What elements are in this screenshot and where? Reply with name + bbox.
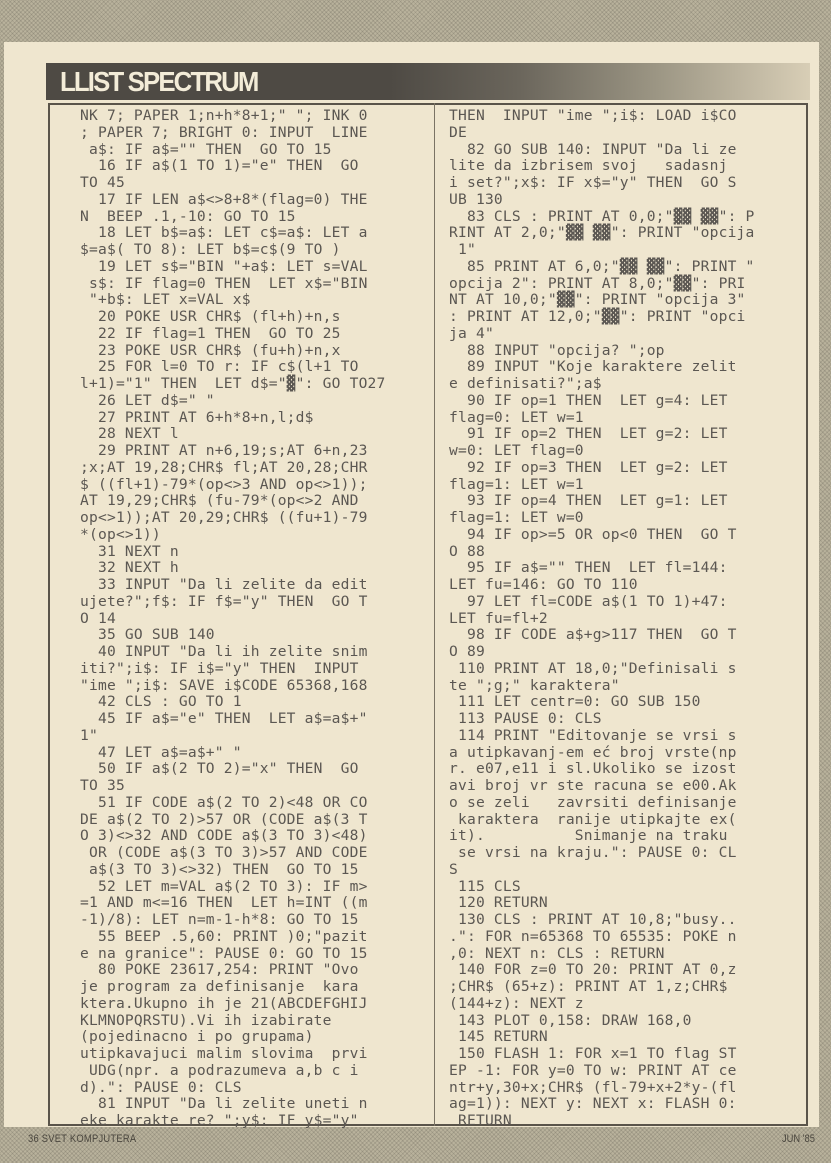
code-line: ,0: NEXT n: CLS : RETURN <box>449 946 755 963</box>
code-line: 1" <box>80 728 386 745</box>
code-line: THEN INPUT "ime ";i$: LOAD i$CO <box>449 108 755 125</box>
code-line: O 3)<>32 AND CODE a$(3 TO 3)<48) <box>80 828 386 845</box>
code-line: 32 NEXT h <box>80 560 386 577</box>
code-line: 95 IF a$="" THEN LET fl=144: <box>449 560 755 577</box>
code-line: LET fu=fl+2 <box>449 611 755 628</box>
code-line: (144+z): NEXT z <box>449 996 755 1013</box>
code-line: ; PAPER 7; BRIGHT 0: INPUT LINE <box>80 125 386 142</box>
code-line: 114 PRINT "Editovanje se vrsi s <box>449 728 755 745</box>
code-line: flag=1: LET w=0 <box>449 510 755 527</box>
code-line: O 14 <box>80 611 386 628</box>
code-line: 51 IF CODE a$(2 TO 2)<48 OR CO <box>80 795 386 812</box>
code-line: OR (CODE a$(3 TO 3)>57 AND CODE <box>80 845 386 862</box>
code-line: -1)/8): LET n=m-1-h*8: GO TO 15 <box>80 912 386 929</box>
code-line: 45 IF a$="e" THEN LET a$=a$+" <box>80 711 386 728</box>
code-line: 31 NEXT n <box>80 544 386 561</box>
code-line: 18 LET b$=a$: LET c$=a$: LET a <box>80 225 386 242</box>
code-line: 110 PRINT AT 18,0;"Definisali s <box>449 661 755 678</box>
code-line: S <box>449 862 755 879</box>
code-line: 89 INPUT "Koje karaktere zelit <box>449 359 755 376</box>
code-line: 20 POKE USR CHR$ (fl+h)+n,s <box>80 309 386 326</box>
code-line: opcija 2": PRINT AT 8,0;"▓▓": PRI <box>449 276 755 293</box>
code-line: ja 4" <box>449 326 755 343</box>
code-line: TO 45 <box>80 175 386 192</box>
code-line: 82 GO SUB 140: INPUT "Da li ze <box>449 142 755 159</box>
code-line: ;x;AT 19,28;CHR$ fl;AT 20,28;CHR <box>80 460 386 477</box>
code-line: 27 PRINT AT 6+h*8+n,l;d$ <box>80 410 386 427</box>
code-line: je program za definisanje kara <box>80 979 386 996</box>
code-line: 130 CLS : PRINT AT 10,8;"busy.. <box>449 912 755 929</box>
code-line: =1 AND m<=16 THEN LET h=INT ((m <box>80 895 386 912</box>
code-line: l+1)="1" THEN LET d$="▓": GO TO27 <box>80 376 386 393</box>
code-line: r. e07,e11 i sl.Ukoliko se izost <box>449 761 755 778</box>
code-line: 47 LET a$=a$+" " <box>80 745 386 762</box>
code-line: 150 FLASH 1: FOR x=1 TO flag ST <box>449 1046 755 1063</box>
code-line: 29 PRINT AT n+6,19;s;AT 6+n,23 <box>80 443 386 460</box>
code-line: 17 IF LEN a$<>8+8*(flag=0) THE <box>80 192 386 209</box>
code-line: 35 GO SUB 140 <box>80 627 386 644</box>
code-line: "+b$: LET x=VAL x$ <box>80 292 386 309</box>
listing-left-column: NK 7; PAPER 1;n+h*8+1;" "; INK 0; PAPER … <box>80 108 386 1130</box>
code-line: .": FOR n=65368 TO 65535: POKE n <box>449 929 755 946</box>
code-line: i set?";x$: IF x$="y" THEN GO S <box>449 175 755 192</box>
code-line: it). Snimanje na traku <box>449 828 755 845</box>
code-line: op<>1));AT 20,29;CHR$ ((fu+1)-79 <box>80 510 386 527</box>
code-line: 91 IF op=2 THEN LET g=2: LET <box>449 426 755 443</box>
code-line: 145 RETURN <box>449 1029 755 1046</box>
code-line: utipkavajuci malim slovima prvi <box>80 1046 386 1063</box>
footer-page-magazine: 36 SVET KOMPJUTERA <box>28 1133 136 1145</box>
code-line: 94 IF op>=5 OR op<0 THEN GO T <box>449 527 755 544</box>
code-line: ;CHR$ (65+z): PRINT AT 1,z;CHR$ <box>449 979 755 996</box>
code-line: NT AT 10,0;"▓▓": PRINT "opcija 3" <box>449 292 755 309</box>
listing-right-column: THEN INPUT "ime ";i$: LOAD i$CODE 82 GO … <box>449 108 755 1130</box>
code-line: EP -1: FOR y=0 TO w: PRINT AT ce <box>449 1063 755 1080</box>
code-line: LET fu=146: GO TO 110 <box>449 577 755 594</box>
code-line: 140 FOR z=0 TO 20: PRINT AT 0,z <box>449 962 755 979</box>
code-line: (pojedinacno i po grupama) <box>80 1029 386 1046</box>
code-line: d).": PAUSE 0: CLS <box>80 1080 386 1097</box>
code-line: a$: IF a$="" THEN GO TO 15 <box>80 142 386 159</box>
code-line: $=a$( TO 8): LET b$=c$(9 TO ) <box>80 242 386 259</box>
code-line: iti?";i$: IF i$="y" THEN INPUT <box>80 661 386 678</box>
code-line: ktera.Ukupno ih je 21(ABCDEFGHIJ <box>80 996 386 1013</box>
code-line: RINT AT 2,0;"▓▓ ▓▓": PRINT "opcija <box>449 225 755 242</box>
code-line: 93 IF op=4 THEN LET g=1: LET <box>449 493 755 510</box>
code-line: avi broj vr ste racuna se e00.Ak <box>449 778 755 795</box>
code-line: a$(3 TO 3)<>32) THEN GO TO 15 <box>80 862 386 879</box>
code-line: ag=1)): NEXT y: NEXT x: FLASH 0: <box>449 1096 755 1113</box>
code-line: AT 19,29;CHR$ (fu-79*(op<>2 AND <box>80 493 386 510</box>
code-line: RETURN <box>449 1113 755 1130</box>
code-line: 83 CLS : PRINT AT 0,0;"▓▓ ▓▓": P <box>449 209 755 226</box>
code-line: NK 7; PAPER 1;n+h*8+1;" "; INK 0 <box>80 108 386 125</box>
code-line: e definisati?";a$ <box>449 376 755 393</box>
footer-issue-date: JUN '85 <box>782 1133 815 1145</box>
code-line: "ime ";i$: SAVE i$CODE 65368,168 <box>80 678 386 695</box>
code-line: 19 LET s$="BIN "+a$: LET s=VAL <box>80 259 386 276</box>
code-line: 33 INPUT "Da li zelite da edit <box>80 577 386 594</box>
code-line: O 88 <box>449 544 755 561</box>
code-line: 120 RETURN <box>449 895 755 912</box>
code-line: N BEEP .1,-10: GO TO 15 <box>80 209 386 226</box>
code-line: eke karakte re? ";y$: IF y$="y" <box>80 1113 386 1130</box>
code-line: 92 IF op=3 THEN LET g=2: LET <box>449 460 755 477</box>
code-line: ujete?";f$: IF f$="y" THEN GO T <box>80 594 386 611</box>
code-line: DE <box>449 125 755 142</box>
code-line: ntr+y,30+x;CHR$ (fl-79+x+2*y-(fl <box>449 1080 755 1097</box>
code-line: UDG(npr. a podrazumeva a,b c i <box>80 1063 386 1080</box>
code-line: 55 BEEP .5,60: PRINT )0;"pazit <box>80 929 386 946</box>
code-line: $ ((fl+1)-79*(op<>3 AND op<>1)); <box>80 477 386 494</box>
code-line: : PRINT AT 12,0;"▓▓": PRINT "opci <box>449 309 755 326</box>
code-line: 113 PAUSE 0: CLS <box>449 711 755 728</box>
code-line: 16 IF a$(1 TO 1)="e" THEN GO <box>80 158 386 175</box>
code-line: 115 CLS <box>449 879 755 896</box>
code-line: 90 IF op=1 THEN LET g=4: LET <box>449 393 755 410</box>
code-line: a utipkavanj-em eć broj vrste(np <box>449 745 755 762</box>
code-line: karaktera ranije utipkajte ex( <box>449 812 755 829</box>
code-line: o se zeli zavrsiti definisanje <box>449 795 755 812</box>
code-line: 23 POKE USR CHR$ (fu+h)+n,x <box>80 343 386 360</box>
code-line: 88 INPUT "opcija? ";op <box>449 343 755 360</box>
code-line: 85 PRINT AT 6,0;"▓▓ ▓▓": PRINT " <box>449 259 755 276</box>
code-line: 28 NEXT l <box>80 426 386 443</box>
code-line: KLMNOPQRSTU).Vi ih izabirate <box>80 1013 386 1030</box>
section-title: LLIST SPECTRUM <box>60 66 257 98</box>
code-line: w=0: LET flag=0 <box>449 443 755 460</box>
code-line: DE a$(2 TO 2)>57 OR (CODE a$(3 T <box>80 812 386 829</box>
code-line: O 89 <box>449 644 755 661</box>
code-line: 50 IF a$(2 TO 2)="x" THEN GO <box>80 761 386 778</box>
section-header: LLIST SPECTRUM <box>46 63 810 100</box>
code-line: te ";g;" karaktera" <box>449 678 755 695</box>
code-line: lite da izbrisem svoj sadasnj <box>449 158 755 175</box>
code-line: 81 INPUT "Da li zelite uneti n <box>80 1096 386 1113</box>
code-line: 25 FOR l=0 TO r: IF c$(l+1 TO <box>80 359 386 376</box>
code-line: UB 130 <box>449 192 755 209</box>
code-line: 98 IF CODE a$+g>117 THEN GO T <box>449 627 755 644</box>
code-line: 1" <box>449 242 755 259</box>
code-line: se vrsi na kraju.": PAUSE 0: CL <box>449 845 755 862</box>
code-line: 52 LET m=VAL a$(2 TO 3): IF m> <box>80 879 386 896</box>
code-line: TO 35 <box>80 778 386 795</box>
code-line: 26 LET d$=" " <box>80 393 386 410</box>
code-line: 80 POKE 23617,254: PRINT "Ovo <box>80 962 386 979</box>
code-line: *(op<>1)) <box>80 527 386 544</box>
code-line: 97 LET fl=CODE a$(1 TO 1)+47: <box>449 594 755 611</box>
code-line: 111 LET centr=0: GO SUB 150 <box>449 694 755 711</box>
code-line: 40 INPUT "Da li ih zelite snim <box>80 644 386 661</box>
code-line: e na granice": PAUSE 0: GO TO 15 <box>80 946 386 963</box>
code-line: 22 IF flag=1 THEN GO TO 25 <box>80 326 386 343</box>
code-line: s$: IF flag=0 THEN LET x$="BIN <box>80 276 386 293</box>
column-divider <box>434 103 435 1126</box>
code-line: 143 PLOT 0,158: DRAW 168,0 <box>449 1013 755 1030</box>
code-line: 42 CLS : GO TO 1 <box>80 694 386 711</box>
code-line: flag=1: LET w=1 <box>449 477 755 494</box>
code-line: flag=0: LET w=1 <box>449 410 755 427</box>
